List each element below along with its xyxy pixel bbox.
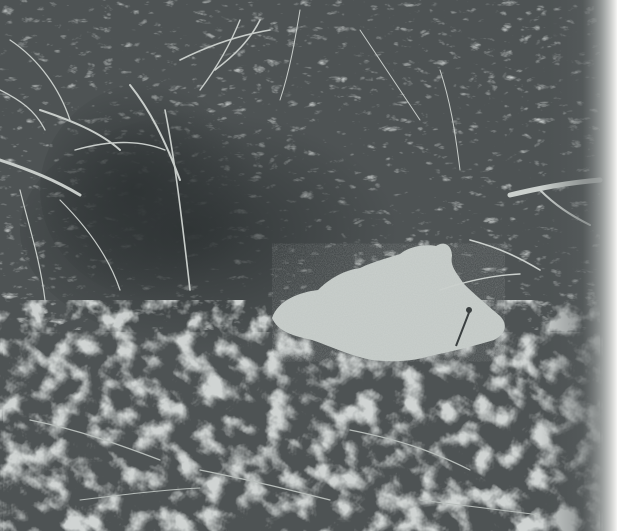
page-gutter (540, 0, 617, 531)
pond-photograph (0, 0, 617, 531)
photo-canvas (0, 0, 617, 531)
